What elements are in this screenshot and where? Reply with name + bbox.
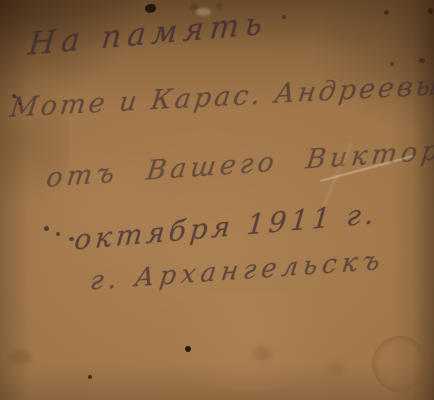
- inscription-line-2: Моте и Карас. Андреевымъ: [8, 67, 434, 123]
- ring-stain: [372, 336, 428, 392]
- pencil-dot: [56, 232, 60, 236]
- stain: [8, 350, 32, 365]
- speck: [419, 58, 425, 63]
- inscription-line-5: г. Архангельскъ: [88, 246, 386, 297]
- stain: [252, 346, 272, 361]
- speck: [88, 375, 92, 379]
- smudge-mark: [190, 4, 199, 10]
- speck: [384, 10, 389, 15]
- pencil-dot: [44, 226, 49, 231]
- inscription-line-4: октября 1911 г.: [73, 197, 379, 257]
- photo-scan: На память Моте и Карас. Андреевымъ отъ В…: [0, 0, 434, 400]
- speck: [390, 62, 394, 66]
- stain: [326, 362, 344, 375]
- pencil-dot: [69, 237, 74, 241]
- cardboard-back: На память Моте и Карас. Андреевымъ отъ В…: [0, 0, 434, 400]
- speck: [282, 15, 286, 19]
- ink-dot: [185, 346, 191, 352]
- inscription-line-1: На память: [27, 5, 270, 62]
- mottle-patch: [0, 60, 70, 220]
- mottle-patch: [150, 290, 350, 390]
- smudge-mark: [216, 3, 223, 9]
- inscription-line-3: отъ Вашего Виктора: [45, 133, 434, 193]
- ink-blot: [145, 4, 156, 13]
- speck: [428, 8, 433, 14]
